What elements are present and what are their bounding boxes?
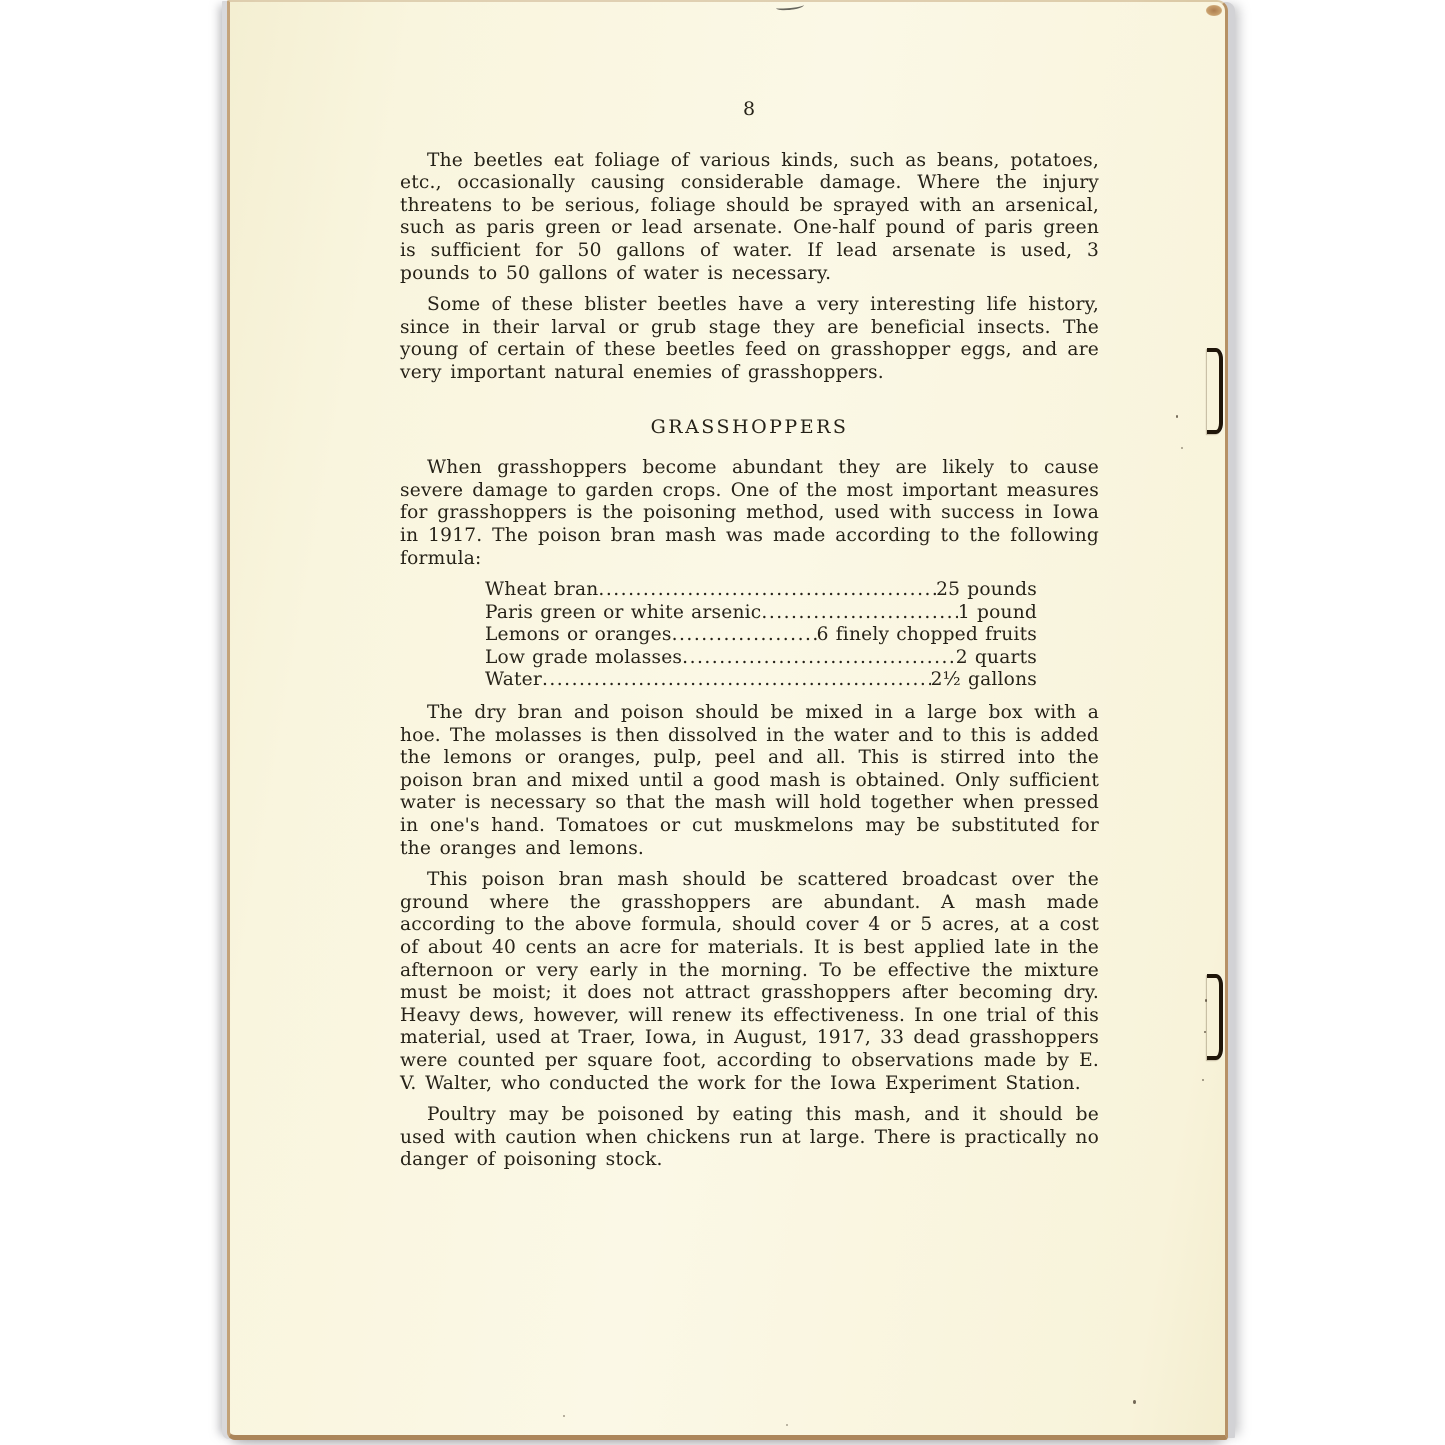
dot-leader: ........................................…	[542, 669, 931, 692]
formula-item-value: 1 pound	[958, 602, 1037, 625]
paper-speck	[1181, 447, 1183, 449]
paper-speck	[786, 1424, 788, 1426]
dot-leader: ........................................…	[682, 647, 956, 670]
formula-item-value: 2 quarts	[956, 647, 1037, 670]
page-number: 8	[400, 98, 1099, 121]
formula-item-label: Low grade molasses	[485, 647, 682, 670]
formula-row: Wheat bran..............................…	[485, 579, 1037, 602]
paper-speck	[1133, 1400, 1136, 1404]
dot-leader: ........................................…	[598, 579, 936, 602]
formula-item-value: 6 finely chopped fruits	[817, 624, 1037, 647]
worn-corner-spot	[1206, 5, 1222, 16]
paper-speck	[1176, 415, 1178, 418]
formula-row: Water ..................................…	[485, 669, 1037, 692]
scanned-photo: 8 The beetles eat foliage of various kin…	[0, 0, 1445, 1445]
paragraph-grasshoppers-intro: When grasshoppers become abundant they a…	[400, 457, 1099, 570]
paper-speck	[563, 1415, 565, 1417]
paper-speck	[1202, 1079, 1204, 1081]
paper-speck	[1205, 999, 1207, 1002]
paragraph-mixing-directions: The dry bran and poison should be mixed …	[400, 702, 1099, 860]
formula-item-value: 2½ gallons	[931, 669, 1037, 692]
formula-item-label: Lemons or oranges	[485, 624, 672, 647]
top-edge-mark	[776, 2, 804, 11]
paragraph-beetles-foliage: The beetles eat foliage of various kinds…	[400, 150, 1099, 286]
formula-row: Paris green or white arsenic............…	[485, 602, 1037, 625]
formula-item-label: Water	[485, 669, 542, 692]
paragraph-application-directions: This poison bran mash should be scattere…	[400, 869, 1099, 1095]
paragraph-poultry-caution: Poultry may be poisoned by eating this m…	[400, 1104, 1099, 1172]
dot-leader: ........................................…	[672, 624, 817, 647]
page-text-block: 8 The beetles eat foliage of various kin…	[400, 98, 1099, 1181]
formula-item-label: Paris green or white arsenic	[485, 602, 761, 625]
booklet-page: 8 The beetles eat foliage of various kin…	[227, 0, 1228, 1440]
formula-row: Lemons or oranges.......................…	[485, 624, 1037, 647]
formula-item-value: 25 pounds	[936, 579, 1037, 602]
formula-item-label: Wheat bran	[485, 579, 598, 602]
paragraph-blister-beetles: Some of these blister beetles have a ver…	[400, 294, 1099, 384]
section-heading-grasshoppers: GRASSHOPPERS	[400, 416, 1099, 439]
staple-icon	[1207, 348, 1223, 434]
dot-leader: ........................................…	[761, 602, 958, 625]
paper-speck	[1204, 1031, 1206, 1033]
formula-row: Low grade molasses......................…	[485, 647, 1037, 670]
poison-bran-formula-list: Wheat bran..............................…	[485, 579, 1037, 692]
staple-icon	[1207, 974, 1223, 1060]
